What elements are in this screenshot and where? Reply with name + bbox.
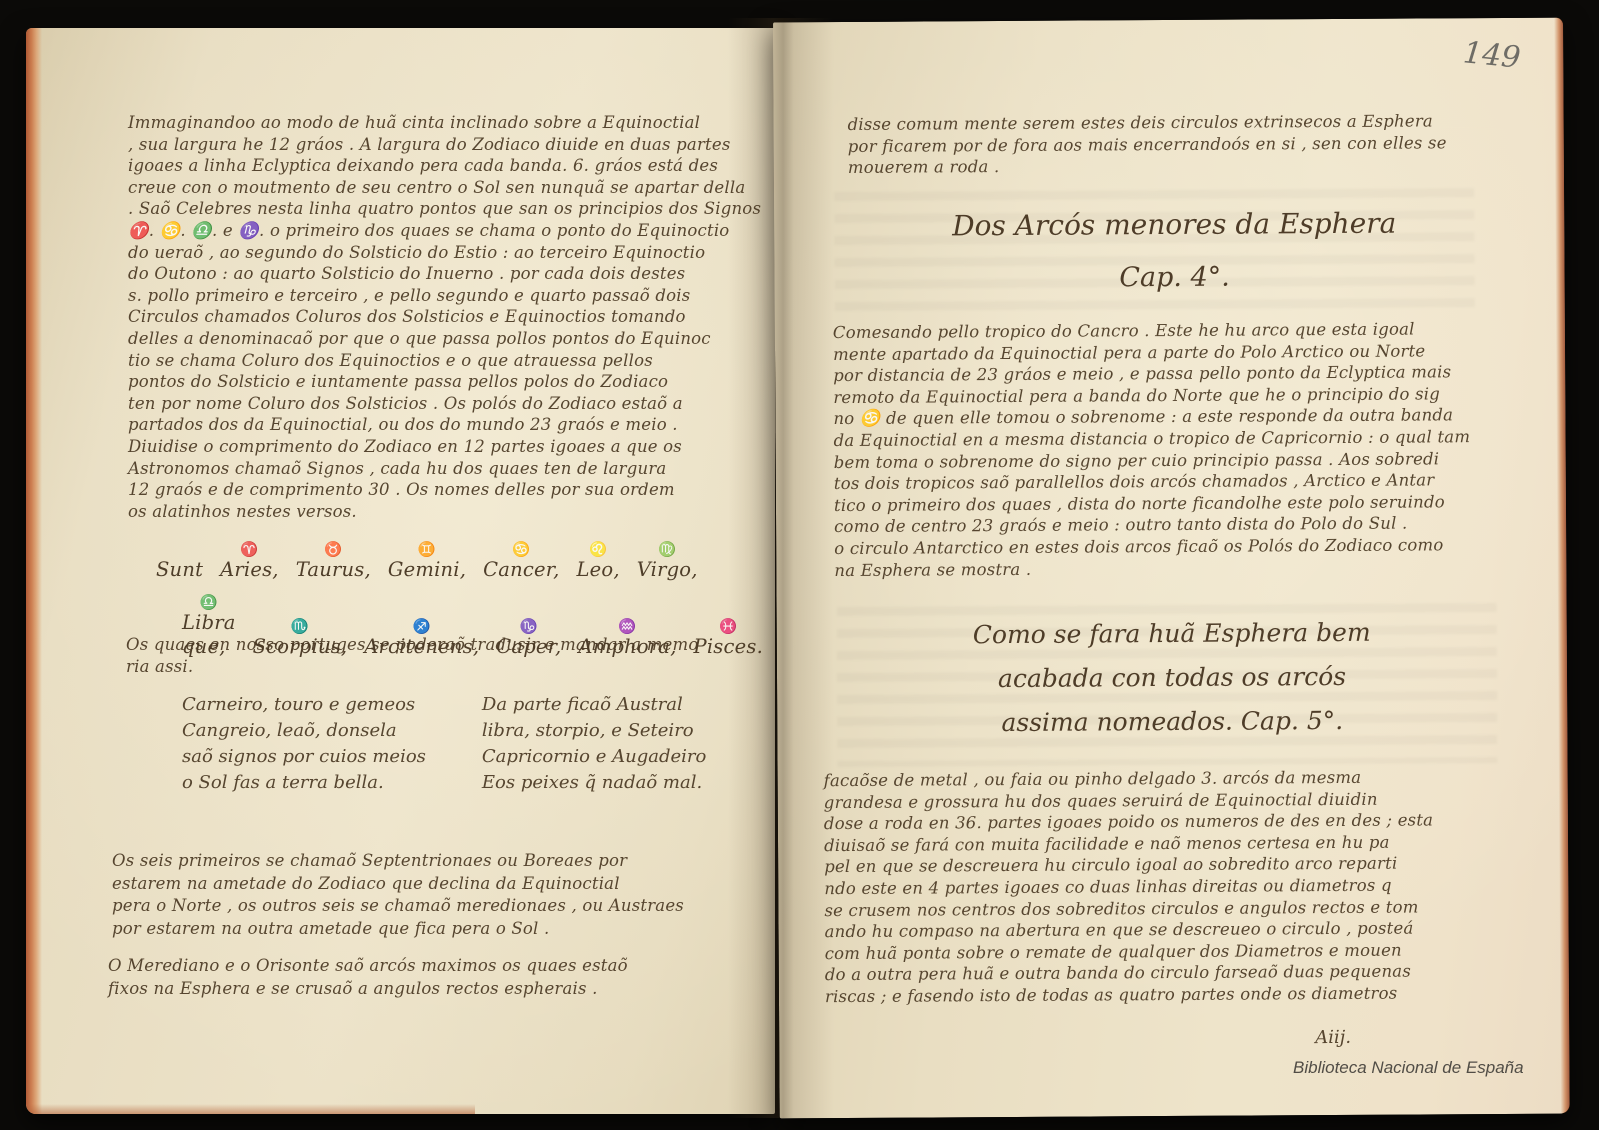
zodiac-term: Sunt: [156, 536, 203, 582]
zodiac-term: ♌ Leo,: [576, 536, 619, 582]
verse-column-left: Carneiro, touro e gemeos Cangreio, leaõ,…: [182, 692, 426, 796]
aquarius-symbol: ♒: [618, 620, 636, 635]
verse-column-right: Da parte ficaõ Austral libra, storpio, e…: [482, 692, 706, 796]
zodiac-term: ♋ Cancer,: [483, 536, 559, 582]
cancer-symbol: ♋: [512, 543, 530, 558]
right-paragraph-sphere-construction: facaõse de metal , ou faia ou pinho delg…: [824, 766, 1515, 1008]
verse-word: Sunt: [156, 558, 203, 582]
verse-word: Leo,: [576, 558, 619, 582]
signature-mark: Aiij.: [1315, 1027, 1351, 1048]
left-paragraph-meridiano: O Merediano e o Orisonte saõ arcós maxim…: [108, 954, 768, 1000]
chapter-5-heading: Como se fara huã Esphera bem acabada con…: [882, 610, 1463, 746]
translation-note: Os quaes en nosso portuges se poderaõ tr…: [126, 634, 766, 677]
verse-word: Cancer,: [483, 558, 559, 582]
verse-word: Gemini,: [388, 558, 466, 582]
zodiac-term: ♊ Gemini,: [388, 536, 466, 582]
latin-verse-line-1: Sunt ♈ Aries, ♉ Taurus, ♊ Gemini, ♋ Canc…: [156, 536, 776, 582]
chapter-4-caption: Cap. 4°.: [884, 260, 1464, 295]
leo-symbol: ♌: [589, 543, 607, 558]
capricorn-symbol: ♑: [520, 620, 538, 635]
zodiac-term: ♉ Taurus,: [296, 536, 371, 582]
pisces-symbol: ♓: [719, 620, 737, 635]
taurus-symbol: ♉: [324, 543, 342, 558]
gemini-symbol: ♊: [418, 543, 436, 558]
left-paragraph-septentrionaes: Os seis primeiros se chamaõ Septentriona…: [112, 850, 772, 940]
page-number: 149: [1462, 35, 1522, 75]
verse-word: Aries,: [220, 558, 279, 582]
virgo-symbol: ♍: [658, 543, 676, 558]
right-paragraph-tropics: Comesando pello tropico do Cancro . Este…: [833, 318, 1515, 581]
aries-symbol: ♈: [240, 543, 258, 558]
verse-word: Taurus,: [296, 558, 371, 582]
sagittarius-symbol: ♐: [413, 620, 431, 635]
right-paragraph-intro: disse comum mente serem estes deis circu…: [848, 110, 1508, 179]
zodiac-term: ♍ Virgo,: [637, 536, 698, 582]
left-paragraph-zodiac: Immaginandoo ao modo de huã cinta inclin…: [128, 112, 780, 522]
library-watermark: Biblioteca Nacional de España: [1293, 1058, 1524, 1078]
verse-word: Virgo,: [637, 558, 698, 582]
chapter-4-heading: Dos Arcós menores da Esphera: [884, 206, 1464, 244]
manuscript-right-page: 149 disse comum mente serem estes deis c…: [773, 18, 1570, 1119]
zodiac-term: ♈ Aries,: [220, 536, 279, 582]
scorpius-symbol: ♏: [291, 620, 309, 635]
portuguese-zodiac-verse: Carneiro, touro e gemeos Cangreio, leaõ,…: [182, 692, 762, 796]
libra-symbol: ♎: [200, 596, 218, 611]
manuscript-left-page: Immaginandoo ao modo de huã cinta inclin…: [26, 28, 775, 1114]
